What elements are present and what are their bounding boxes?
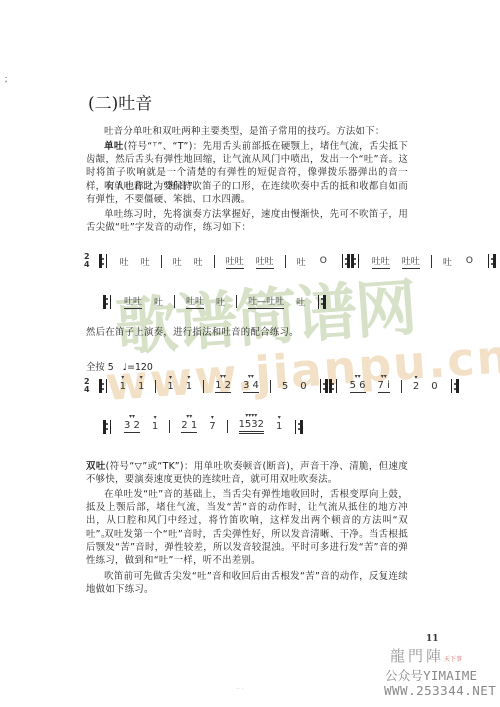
brand-logo: 龍門陣天下事 bbox=[390, 645, 462, 666]
barline bbox=[161, 255, 162, 268]
barline bbox=[270, 380, 271, 393]
syllable: 吐 bbox=[297, 255, 306, 268]
note: ▾7 bbox=[209, 421, 215, 432]
note-value: 1 bbox=[138, 381, 144, 392]
note: ▾1 bbox=[120, 381, 126, 392]
note: ▾▾2 1 bbox=[181, 420, 197, 433]
paragraph-double-tongue: 双吐(符号“▽”或“TK”)：用单吐吹奏顿音(断音)，声音干净、清脆，但速度不够… bbox=[86, 460, 408, 486]
tempo-bpm: ♩=120 bbox=[123, 362, 153, 373]
paragraph-text: 吹笛前可先做舌尖发“吐”音和收回后由舌根发“苦”音的动作，反复连续地做如下练习。 bbox=[86, 571, 408, 595]
note: ▾2 bbox=[413, 381, 419, 392]
brand-wechat: 公众号YIMAIME bbox=[385, 666, 477, 684]
repeat-start-icon bbox=[99, 254, 109, 268]
note: ▾1 bbox=[138, 381, 144, 392]
time-sig-bottom: 4 bbox=[84, 261, 90, 269]
syllable: 吐 bbox=[120, 255, 129, 268]
barline bbox=[214, 255, 215, 268]
syllable: 吐吐 bbox=[124, 294, 142, 309]
repeat-end-icon bbox=[340, 254, 350, 268]
time-signature: 2 4 bbox=[84, 253, 90, 269]
note-value: 1532 bbox=[239, 419, 264, 430]
syllable: 吐 bbox=[296, 295, 305, 308]
score2-line1: 2 4 ▾1 ▾1 ▾1 ▾1 ▾▾1 2 ▾▾3 4 5 0 ▾▾5 6 ▾▾… bbox=[84, 378, 464, 394]
syllable: 吐—吐吐 bbox=[248, 294, 284, 309]
brand-url: WWW.253344.NET bbox=[384, 683, 496, 698]
repeat-end-icon bbox=[316, 295, 326, 309]
term-single-tongue: 单吐 bbox=[104, 141, 124, 152]
note-value: 1 2 bbox=[215, 380, 231, 391]
barline bbox=[169, 420, 170, 433]
note: ▾▾3 2 bbox=[124, 420, 140, 433]
note-value: 1 bbox=[120, 381, 126, 392]
syllable: 吐 bbox=[216, 295, 225, 308]
margin-mark: ； bbox=[4, 72, 13, 85]
barline bbox=[236, 295, 237, 308]
rest: 0 bbox=[431, 381, 437, 392]
syllable: 吐吐 bbox=[226, 254, 244, 269]
score1-line2: 吐吐 吐 吐吐 吐 吐—吐吐 吐 bbox=[98, 294, 331, 309]
barline bbox=[285, 255, 286, 268]
syllable: 吐 bbox=[141, 255, 150, 268]
note-value: 2 1 bbox=[181, 420, 197, 431]
barline bbox=[401, 380, 402, 393]
note-value: 3 2 bbox=[124, 420, 140, 431]
paragraph-practice-on-flute: 然后在笛子上演奏，进行指法和吐音的配合练习。 bbox=[86, 326, 408, 339]
paragraph-text: 吹单吐音时，要保持吹笛子的口形，在连续吹奏中舌的抵和收都自如而有弹性，不要僵硬、… bbox=[86, 181, 408, 205]
syllable: 吐吐 bbox=[186, 294, 204, 309]
syllable: 吐吐 bbox=[402, 254, 420, 269]
note: ▾▾1 2 bbox=[215, 380, 231, 393]
paragraph-text: 吐音分单吐和双吐两种主要类型，是笛子常用的技巧。方法如下： bbox=[104, 126, 385, 137]
paragraph-text: (符号“▽”或“TK”)：用单吐吹奏顿音(断音)，声音干净、清脆，但速度不够快，… bbox=[86, 461, 408, 485]
note-value: 1 bbox=[186, 381, 192, 392]
syllable: 吐 bbox=[443, 255, 452, 268]
paragraph-double-tongue-notes: 双吐发第一个“吐”音时，舌尖弹性好，所以发音清晰、干净。当舌根抵后颚发“苦”音时… bbox=[86, 528, 408, 568]
brand-logo-small: 天下事 bbox=[444, 656, 462, 663]
repeat-end-icon bbox=[318, 379, 328, 393]
repeat-end-icon bbox=[449, 379, 459, 393]
note-value: 1 bbox=[167, 381, 173, 392]
paragraph-single-tongue-practice: 单吐练习时，先将演奏方法掌握好，速度由慢渐快，先可不吹笛子，用舌尖做“吐”字发音… bbox=[86, 208, 408, 234]
note-value: 3 4 bbox=[243, 380, 259, 391]
note: ▾▾5 6 bbox=[350, 380, 366, 393]
repeat-start-icon bbox=[103, 420, 113, 434]
barline bbox=[203, 380, 204, 393]
repeat-start-icon bbox=[99, 379, 109, 393]
note: ▾▾7 i bbox=[378, 380, 390, 393]
note: ▾1 bbox=[167, 381, 173, 392]
rest: O bbox=[466, 256, 473, 266]
repeat-start-icon bbox=[329, 379, 339, 393]
barline bbox=[431, 255, 432, 268]
syllable: 吐吐 bbox=[256, 254, 274, 269]
score2-line2: ▾▾3 2 ▾1 ▾▾2 1 ▾7 ▾▾▾▾1532 ▾1 bbox=[98, 419, 308, 434]
paragraph-double-tongue-practice: 吹笛前可先做舌尖发“吐”音和收回后由舌根发“苦”音的动作，反复连续地做如下练习。 bbox=[86, 570, 408, 596]
note: ▾▾▾▾1532 bbox=[239, 419, 264, 434]
note: ▾1 bbox=[276, 421, 282, 432]
paragraph-text: 双吐发第一个“吐”音时，舌尖弹性好，所以发音清晰、干净。当舌根抵后颚发“苦”音时… bbox=[86, 529, 408, 566]
syllable: 吐 bbox=[194, 255, 203, 268]
barline bbox=[174, 295, 175, 308]
syllable: 吐 bbox=[154, 295, 163, 308]
note: ▾▾3 4 bbox=[243, 380, 259, 393]
repeat-start-icon bbox=[351, 254, 361, 268]
note-value: 1 bbox=[152, 421, 158, 432]
score1-line1: 2 4 吐 吐 吐 吐 吐吐 吐吐 吐 O 吐吐 吐吐 吐 O bbox=[84, 253, 500, 269]
paragraph-text: 单吐练习时，先将演奏方法掌握好，速度由慢渐快，先可不吹笛子，用舌尖做“吐”字发音… bbox=[86, 209, 408, 233]
barline bbox=[155, 380, 156, 393]
note-value: 2 bbox=[413, 381, 419, 392]
note: 5 bbox=[282, 381, 288, 392]
note-value: 7 bbox=[209, 421, 215, 432]
repeat-start-icon bbox=[103, 295, 113, 309]
barline bbox=[227, 420, 228, 433]
repeat-end-icon bbox=[293, 420, 303, 434]
syllable: 吐吐 bbox=[372, 254, 390, 269]
repeat-end-icon bbox=[486, 254, 496, 268]
brand-logo-text: 龍門陣 bbox=[390, 647, 444, 665]
term-double-tongue: 双吐 bbox=[86, 461, 106, 472]
note: ▾1 bbox=[186, 381, 192, 392]
time-sig-bottom: 4 bbox=[84, 386, 90, 394]
footer-mark: ·· · bbox=[236, 686, 244, 693]
page-number: 11 bbox=[426, 634, 439, 644]
paragraph-single-tongue-tips: 吹单吐音时，要保持吹笛子的口形，在连续吹奏中舌的抵和收都自如而有弹性，不要僵硬、… bbox=[86, 180, 408, 206]
tempo-marking: 全按 5 ♩=120 bbox=[86, 359, 153, 373]
note-value: 7 i bbox=[378, 380, 390, 391]
document-page: ； (二)吐音 吐音分单吐和双吐两种主要类型，是笛子常用的技巧。方法如下： 单吐… bbox=[0, 0, 500, 707]
note-value: 1 bbox=[276, 421, 282, 432]
syllable: 吐 bbox=[173, 255, 182, 268]
rest: O bbox=[320, 256, 327, 266]
time-signature: 2 4 bbox=[84, 378, 90, 394]
section-title: (二)吐音 bbox=[88, 89, 152, 114]
rest: 0 bbox=[300, 381, 306, 392]
fingering-label: 全按 5 bbox=[86, 362, 114, 373]
paragraph-text: 然后在笛子上演奏，进行指法和吐音的配合练习。 bbox=[86, 327, 299, 338]
note-value: 5 6 bbox=[350, 380, 366, 391]
paragraph-intro: 吐音分单吐和双吐两种主要类型，是笛子常用的技巧。方法如下： bbox=[86, 125, 408, 138]
note: ▾1 bbox=[152, 421, 158, 432]
